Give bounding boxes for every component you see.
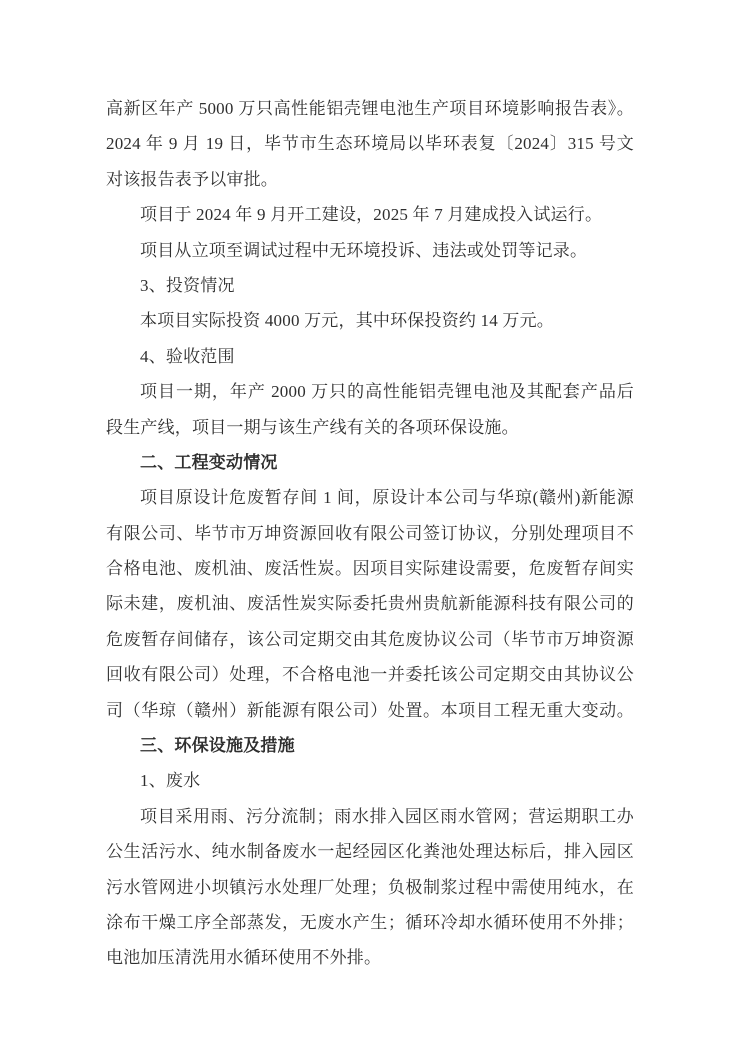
document-text-block: 高新区年产 5000 万只高性能铝壳锂电池生产项目环境影响报告表》。 2024 … <box>106 91 634 976</box>
doc-line: 项目于 2024 年 9 月开工建设，2025 年 7 月建成投入试运行。 <box>106 197 634 232</box>
doc-list-item-4: 4、验收范围 <box>106 339 634 374</box>
section-heading-2: 二、工程变动情况 <box>106 445 634 480</box>
doc-line: 项目原设计危废暂存间 1 间，原设计本公司与华琼(赣州)新能源 <box>106 480 634 515</box>
doc-line: 段生产线，项目一期与该生产线有关的各项环保设施。 <box>106 410 634 445</box>
doc-line: 电池加压清洗用水循环使用不外排。 <box>106 940 634 975</box>
doc-line: 合格电池、废机油、废活性炭。因项目实际建设需要，危废暂存间实 <box>106 551 634 586</box>
doc-list-item-3: 3、投资情况 <box>106 268 634 303</box>
doc-line: 危废暂存间储存，该公司定期交由其危废协议公司（毕节市万坤资源 <box>106 622 634 657</box>
doc-line: 涂布干燥工序全部蒸发，无废水产生；循环冷却水循环使用不外排； <box>106 905 634 940</box>
doc-list-item-1: 1、废水 <box>106 763 634 798</box>
section-heading-3: 三、环保设施及措施 <box>106 728 634 763</box>
doc-line: 污水管网进小坝镇污水处理厂处理；负极制浆过程中需使用纯水，在 <box>106 870 634 905</box>
doc-line: 对该报告表予以审批。 <box>106 162 634 197</box>
doc-line: 公生活污水、纯水制备废水一起经园区化粪池处理达标后，排入园区 <box>106 834 634 869</box>
doc-line: 本项目实际投资 4000 万元，其中环保投资约 14 万元。 <box>106 303 634 338</box>
doc-line: 回收有限公司）处理，不合格电池一并委托该公司定期交由其协议公 <box>106 657 634 692</box>
doc-line: 高新区年产 5000 万只高性能铝壳锂电池生产项目环境影响报告表》。 <box>106 91 634 126</box>
doc-line: 2024 年 9 月 19 日，毕节市生态环境局以毕环表复〔2024〕315 号… <box>106 126 634 161</box>
doc-line: 司（华琼（赣州）新能源有限公司）处置。本项目工程无重大变动。 <box>106 693 634 728</box>
doc-line: 有限公司、毕节市万坤资源回收有限公司签订协议，分别处理项目不 <box>106 516 634 551</box>
doc-line: 项目一期，年产 2000 万只的高性能铝壳锂电池及其配套产品后 <box>106 374 634 409</box>
document-page: 高新区年产 5000 万只高性能铝壳锂电池生产项目环境影响报告表》。 2024 … <box>0 0 740 1047</box>
doc-line: 项目采用雨、污分流制；雨水排入园区雨水管网；营运期职工办 <box>106 799 634 834</box>
doc-line: 项目从立项至调试过程中无环境投诉、违法或处罚等记录。 <box>106 233 634 268</box>
doc-line: 际未建，废机油、废活性炭实际委托贵州贵航新能源科技有限公司的 <box>106 586 634 621</box>
